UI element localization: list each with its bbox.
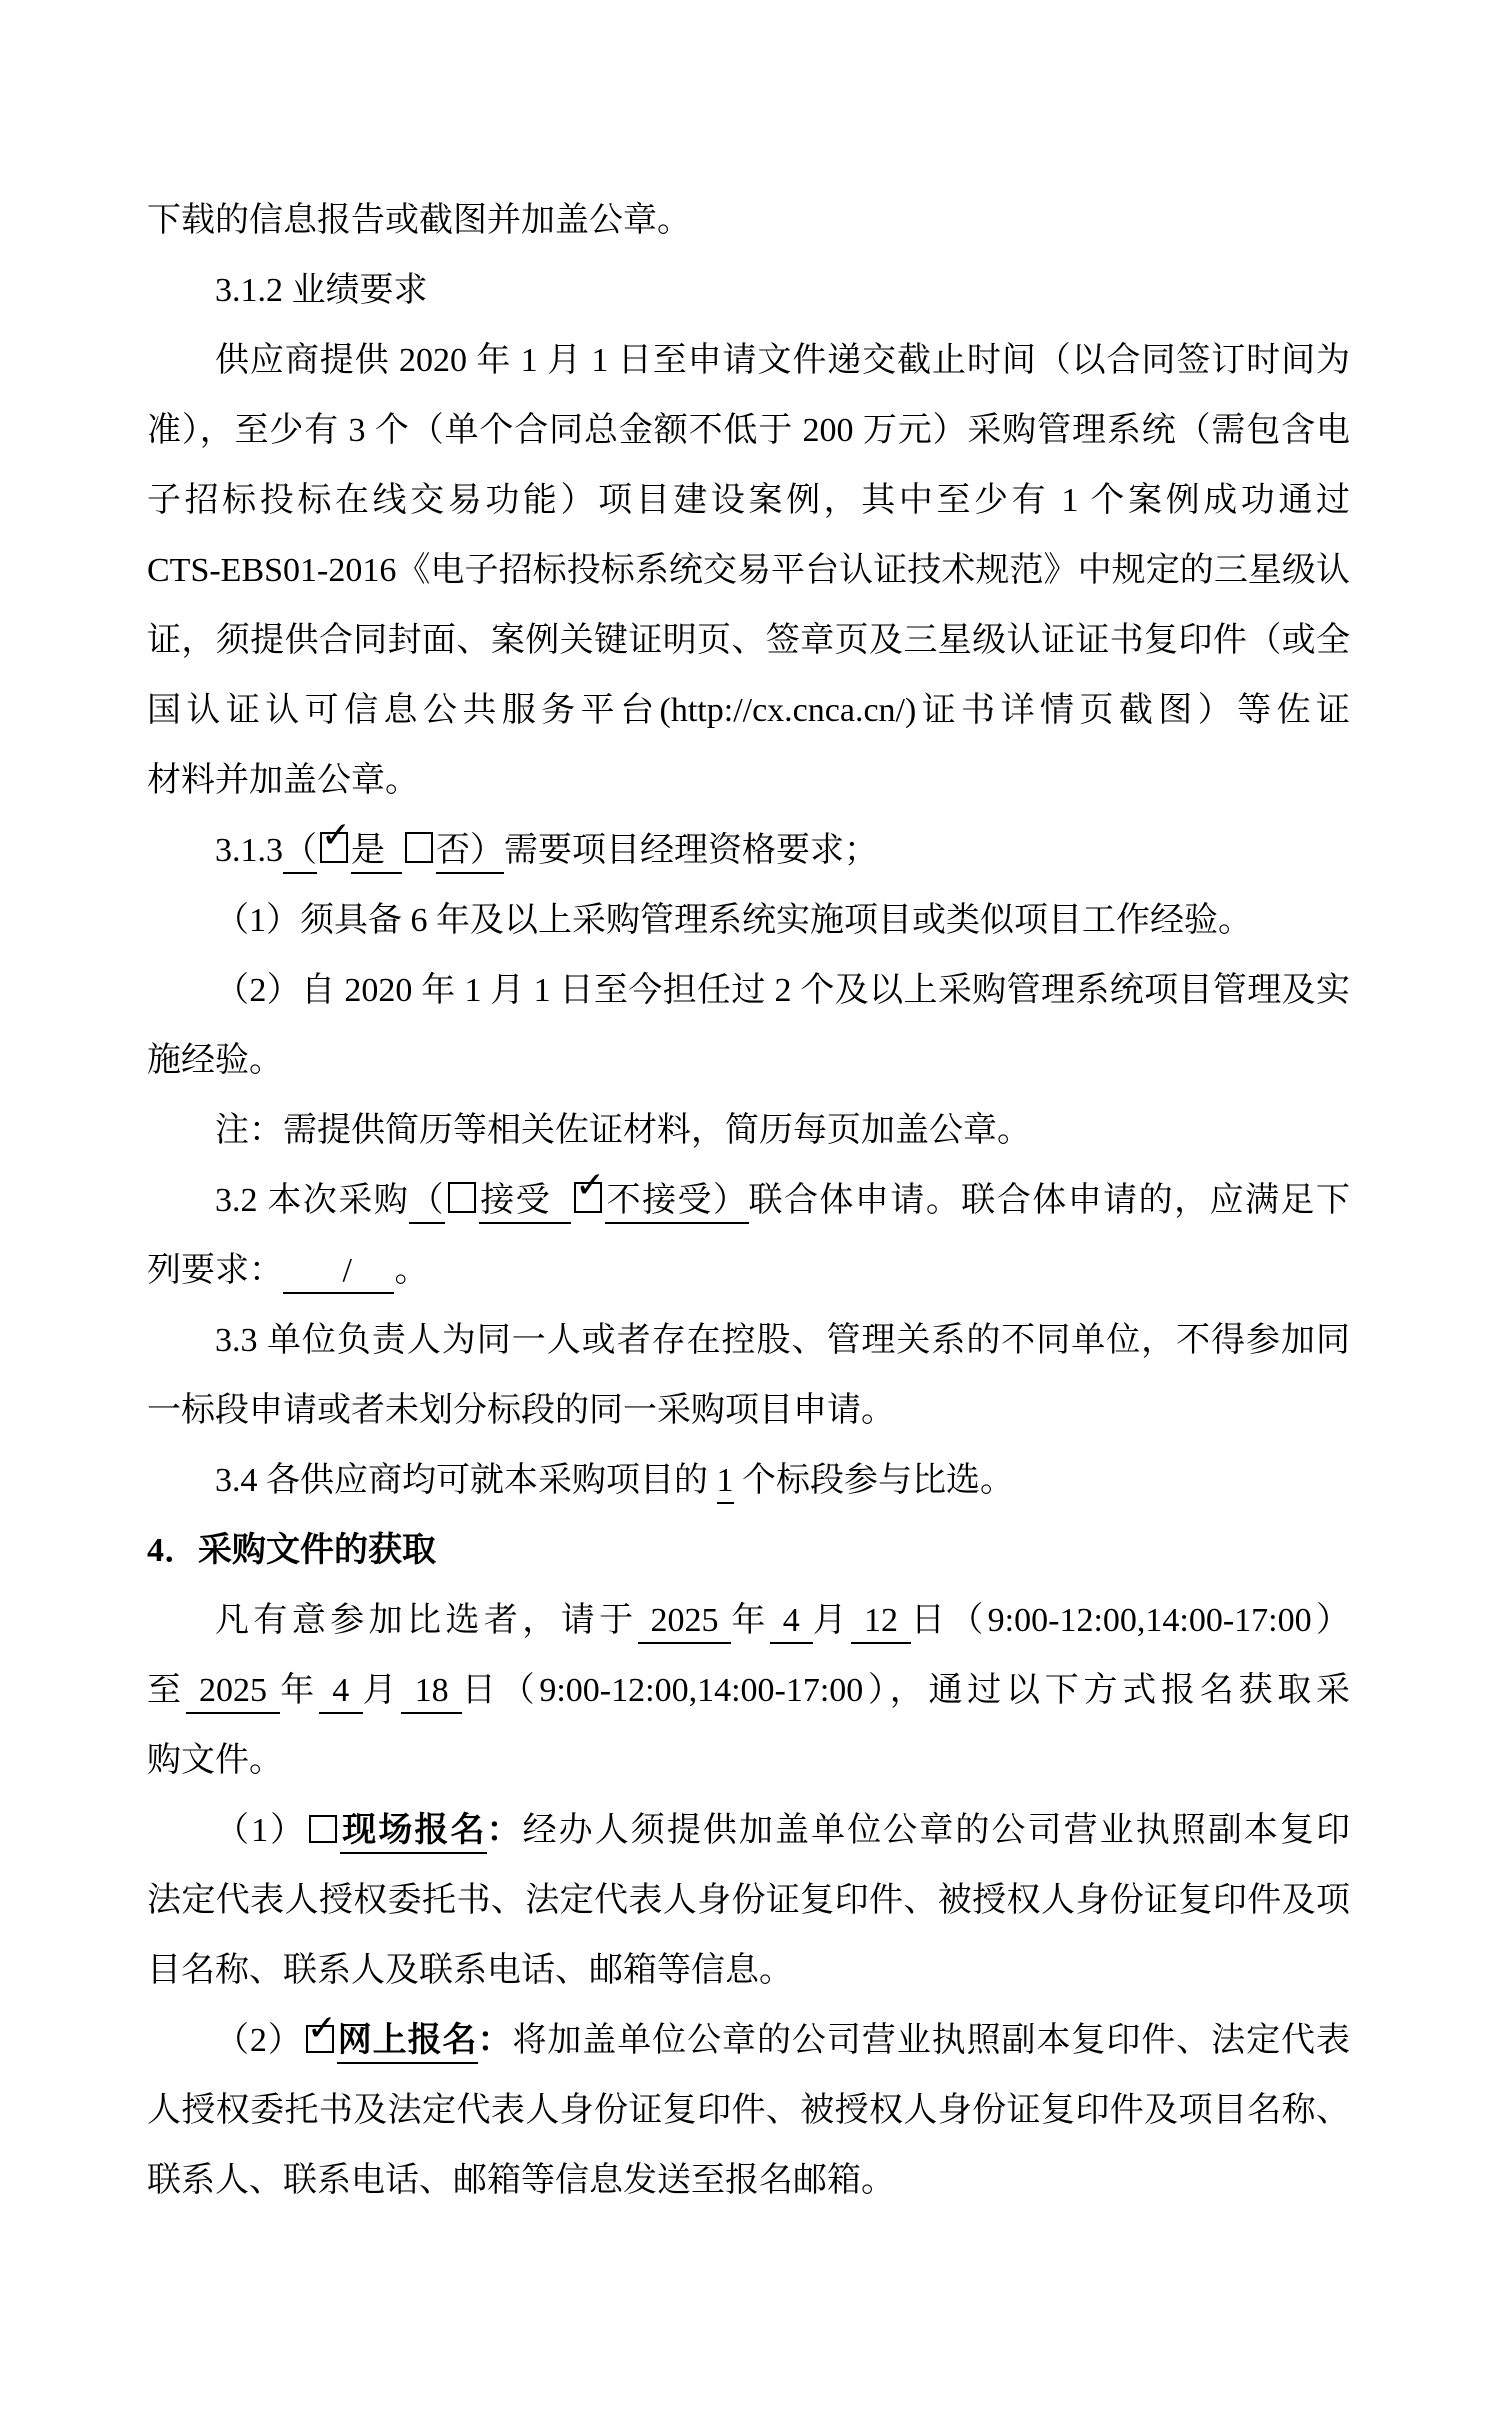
text-run: 列要求：	[147, 1252, 283, 1289]
text-line: 购文件。	[147, 1726, 1350, 1796]
text-line: 法定代表人授权委托书、法定代表人身份证复印件、被授权人身份证复印件及项	[147, 1866, 1350, 1936]
underlined-text: （	[283, 832, 317, 874]
underlined-text: 12	[851, 1602, 911, 1644]
underlined-text: （	[409, 1182, 444, 1224]
text-run: （1）须具备 6 年及以上采购管理系统实施项目或类似项目工作经验。	[215, 902, 1252, 939]
text-run: 国认证认可信息公共服务平台(http://cx.cnca.cn/)证书详情页截图…	[147, 692, 1350, 729]
underlined-text	[385, 832, 402, 874]
underlined-text: 是	[351, 832, 385, 874]
text-run: 至	[147, 1672, 186, 1709]
text-run: 施经验。	[147, 1042, 283, 1079]
text-run: 3.1.2 业绩要求	[215, 272, 428, 309]
text-line: 施经验。	[147, 1026, 1350, 1096]
checkbox-checked-icon: ✓	[320, 832, 348, 863]
text-run: 需要项目经理资格要求；	[504, 832, 878, 869]
underlined-text: 2025	[186, 1672, 281, 1714]
text-run: 月	[363, 1672, 402, 1709]
text-line: （2）✓网上报名：将加盖单位公章的公司营业执照副本复印件、法定代表	[147, 2006, 1350, 2076]
text-run: 人授权委托书及法定代表人身份证复印件、被授权人身份证复印件及项目名称、	[147, 2092, 1350, 2129]
text-run: 一标段申请或者未划分标段的同一采购项目申请。	[147, 1392, 895, 1429]
text-run: 。	[394, 1252, 428, 1289]
text-line: 人授权委托书及法定代表人身份证复印件、被授权人身份证复印件及项目名称、	[147, 2076, 1350, 2146]
checkbox-checked-icon: ✓	[574, 1182, 602, 1213]
text-run: 年	[280, 1672, 319, 1709]
text-run: 4．采购文件的获取	[147, 1532, 436, 1569]
text-line: 列要求： / 。	[147, 1236, 1350, 1306]
underlined-text: 不接受）	[605, 1182, 748, 1224]
underlined-text: 4	[319, 1672, 363, 1714]
text-line: （2）自 2020 年 1 月 1 日至今担任过 2 个及以上采购管理系统项目管…	[147, 956, 1350, 1026]
underlined-text: 18	[401, 1672, 462, 1714]
text-line: 3.1.2 业绩要求	[147, 256, 1350, 326]
text-line: （1）须具备 6 年及以上采购管理系统实施项目或类似项目工作经验。	[147, 886, 1350, 956]
text-run: 材料并加盖公章。	[147, 762, 419, 799]
underlined-text: 否）	[436, 832, 504, 874]
text-run: 3.1.3	[215, 832, 283, 869]
text-line: 一标段申请或者未划分标段的同一采购项目申请。	[147, 1376, 1350, 1446]
text-line: 3.4 各供应商均可就本采购项目的 1 个标段参与比选。	[147, 1446, 1350, 1516]
text-line: 3.3 单位负责人为同一人或者存在控股、管理关系的不同单位，不得参加同	[147, 1306, 1350, 1376]
text-line: 证，须提供合同封面、案例关键证明页、签章页及三星级认证证书复印件（或全	[147, 606, 1350, 676]
text-line: 供应商提供 2020 年 1 月 1 日至申请文件递交截止时间（以合同签订时间为	[147, 326, 1350, 396]
text-run: （2）	[215, 2022, 303, 2059]
text-run: 3.4 各供应商均可就本采购项目的	[215, 1462, 717, 1499]
check-mark-icon: ✓	[575, 1168, 605, 1204]
underlined-text: /	[283, 1252, 394, 1294]
text-line: 国认证认可信息公共服务平台(http://cx.cnca.cn/)证书详情页截图…	[147, 676, 1350, 746]
text-run: 3.3 单位负责人为同一人或者存在控股、管理关系的不同单位，不得参加同	[215, 1322, 1350, 1359]
text-run: 供应商提供 2020 年 1 月 1 日至申请文件递交截止时间（以合同签订时间为	[215, 342, 1350, 379]
text-line: 至 2025 年 4 月 18 日（9:00-12:00,14:00-17:00…	[147, 1656, 1350, 1726]
text-line: 下载的信息报告或截图并加盖公章。	[147, 186, 1350, 256]
text-run: 年	[731, 1602, 769, 1639]
section-heading: 4．采购文件的获取	[147, 1516, 1350, 1586]
text-run: 证，须提供合同封面、案例关键证明页、签章页及三星级认证证书复印件（或全	[147, 622, 1350, 659]
text-line: 注：需提供简历等相关佐证材料，简历每页加盖公章。	[147, 1096, 1350, 1166]
text-line: 凡有意参加比选者，请于 2025 年 4 月 12 日（9:00-12:00,1…	[147, 1586, 1350, 1656]
checkbox-empty-icon	[448, 1182, 476, 1213]
text-run: 凡有意参加比选者，请于	[215, 1602, 638, 1639]
text-line: 联系人、联系电话、邮箱等信息发送至报名邮箱。	[147, 2146, 1350, 2216]
text-run: ：	[478, 2022, 513, 2059]
text-run: 目名称、联系人及联系电话、邮箱等信息。	[147, 1952, 793, 1989]
underlined-text: 现场报名	[340, 1812, 486, 1854]
checkbox-empty-icon	[405, 832, 433, 863]
text-run: 日（9:00-12:00,14:00-17:00），通过以下方式报名获取采	[462, 1672, 1350, 1709]
text-run: 子招标投标在线交易功能）项目建设案例，其中至少有 1 个案例成功通过	[147, 482, 1350, 519]
text-run: 日（9:00-12:00,14:00-17:00）	[911, 1602, 1350, 1639]
text-line: 目名称、联系人及联系电话、邮箱等信息。	[147, 1936, 1350, 2006]
text-run: 将加盖单位公章的公司营业执照副本复印件、法定代表	[512, 2022, 1350, 2059]
text-run: 联系人、联系电话、邮箱等信息发送至报名邮箱。	[147, 2162, 895, 2199]
text-line: 准），至少有 3 个（单个合同总金额不低于 200 万元）采购管理系统（需包含电	[147, 396, 1350, 466]
check-mark-icon: ✓	[307, 2011, 337, 2047]
text-run: 3.2 本次采购	[215, 1182, 409, 1219]
text-line: 材料并加盖公章。	[147, 746, 1350, 816]
check-mark-icon: ✓	[321, 818, 351, 854]
checkbox-checked-icon: ✓	[306, 2025, 334, 2053]
text-run: 法定代表人授权委托书、法定代表人身份证复印件、被授权人身份证复印件及项	[147, 1882, 1350, 1919]
text-run: 下载的信息报告或截图并加盖公章。	[147, 202, 691, 239]
text-line: 子招标投标在线交易功能）项目建设案例，其中至少有 1 个案例成功通过	[147, 466, 1350, 536]
text-run: 个标段参与比选。	[734, 1462, 1015, 1499]
text-run: ：	[487, 1812, 523, 1849]
text-run: （1）	[215, 1812, 306, 1849]
text-run: CTS-EBS01-2016《电子招标投标系统交易平台认证技术规范》中规定的三星…	[147, 552, 1350, 589]
document-body: 下载的信息报告或截图并加盖公章。3.1.2 业绩要求供应商提供 2020 年 1…	[0, 0, 1500, 2216]
text-line: CTS-EBS01-2016《电子招标投标系统交易平台认证技术规范》中规定的三星…	[147, 536, 1350, 606]
text-run: 联合体申请。联合体申请的，应满足下	[749, 1182, 1351, 1219]
text-run: 购文件。	[147, 1742, 283, 1779]
text-line: 3.1.3（✓是 否）需要项目经理资格要求；	[147, 816, 1350, 886]
checkbox-empty-icon	[309, 1815, 337, 1843]
underlined-text: 网上报名	[337, 2022, 478, 2064]
text-run: 准），至少有 3 个（单个合同总金额不低于 200 万元）采购管理系统（需包含电	[147, 412, 1350, 449]
text-line: 3.2 本次采购（接受 ✓不接受）联合体申请。联合体申请的，应满足下	[147, 1166, 1350, 1236]
text-run: 月	[813, 1602, 851, 1639]
underlined-text: 接受	[479, 1182, 551, 1224]
underlined-text: 4	[770, 1602, 813, 1644]
document-page: 下载的信息报告或截图并加盖公章。3.1.2 业绩要求供应商提供 2020 年 1…	[0, 0, 1500, 2430]
underlined-text: 1	[717, 1462, 734, 1504]
text-line: （1）现场报名：经办人须提供加盖单位公章的公司营业执照副本复印件、	[147, 1796, 1350, 1866]
text-run: 注：需提供简历等相关佐证材料，简历每页加盖公章。	[215, 1112, 1031, 1149]
underlined-text: 2025	[638, 1602, 732, 1644]
underlined-text	[551, 1182, 571, 1224]
text-run: （2）自 2020 年 1 月 1 日至今担任过 2 个及以上采购管理系统项目管…	[215, 972, 1350, 1009]
